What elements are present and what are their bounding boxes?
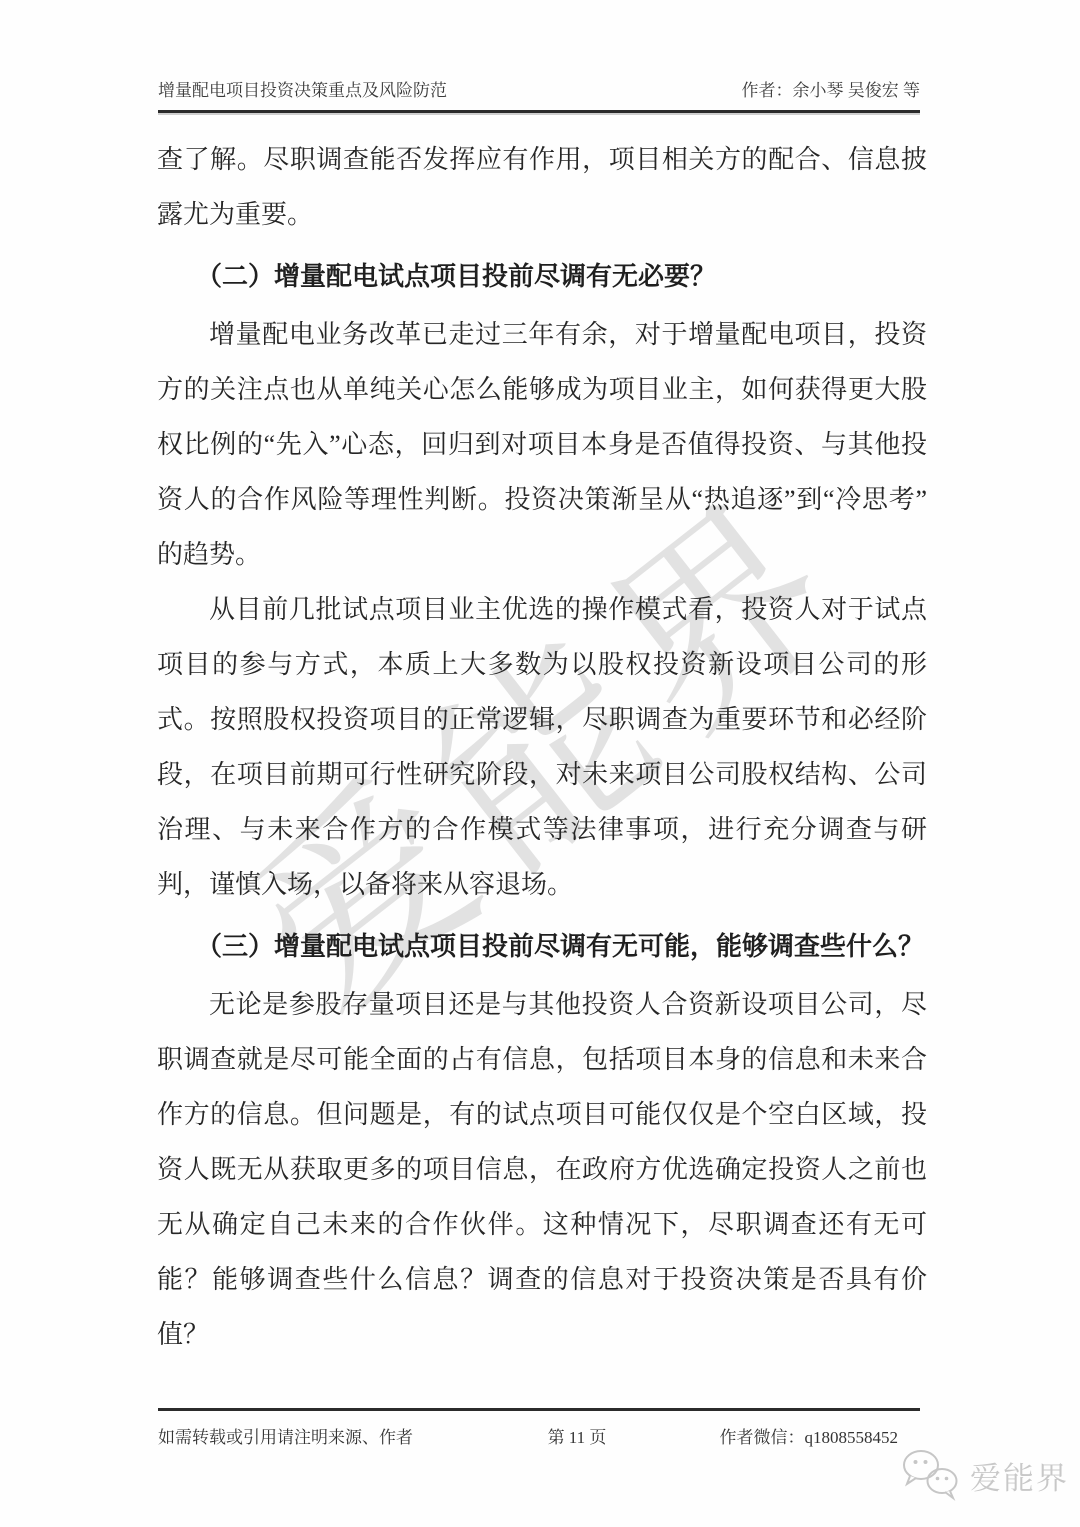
footer-wechat-contact: 作者微信：q1808558452	[720, 1423, 899, 1448]
paragraph: 增量配电业务改革已走过三年有余，对于增量配电项目，投资方的关注点也从单纯关心怎么…	[157, 307, 927, 582]
brand-logo: 爱能界	[900, 1448, 1069, 1502]
wechat-bubbles-icon	[900, 1448, 962, 1502]
paragraph: 从目前几批试点项目业主优选的操作模式看，投资人对于试点项目的参与方式，本质上大多…	[157, 582, 927, 912]
paragraph: 无论是参股存量项目还是与其他投资人合资新设项目公司，尽职调查就是尽可能全面的占有…	[157, 977, 927, 1362]
brand-name: 爱能界	[970, 1453, 1069, 1498]
page-number: 第 11 页	[548, 1423, 607, 1448]
header-rule	[158, 110, 920, 113]
page-footer: 如需转载或引用请注明来源、作者 第 11 页 作者微信：q1808558452	[0, 1423, 1080, 1447]
section-heading: （二）增量配电试点项目投前尽调有无必要？	[157, 249, 927, 304]
document-page: 爱能界 增量配电项目投资决策重点及风险防范 作者：余小琴 吴俊宏 等 查了解。尽…	[0, 0, 1080, 1527]
section-heading: （三）增量配电试点项目投前尽调有无可能，能够调查些什么？	[157, 919, 927, 974]
page-header: 增量配电项目投资决策重点及风险防范 作者：余小琴 吴俊宏 等	[158, 76, 920, 101]
document-body: 查了解。尽职调查能否发挥应有作用，项目相关方的配合、信息披露尤为重要。（二）增量…	[157, 132, 927, 1362]
document-title: 增量配电项目投资决策重点及风险防范	[158, 76, 447, 101]
paragraph: 查了解。尽职调查能否发挥应有作用，项目相关方的配合、信息披露尤为重要。	[157, 132, 927, 242]
document-author: 作者：余小琴 吴俊宏 等	[742, 76, 921, 101]
footer-source-note: 如需转载或引用请注明来源、作者	[158, 1423, 413, 1448]
footer-rule	[158, 1408, 920, 1411]
